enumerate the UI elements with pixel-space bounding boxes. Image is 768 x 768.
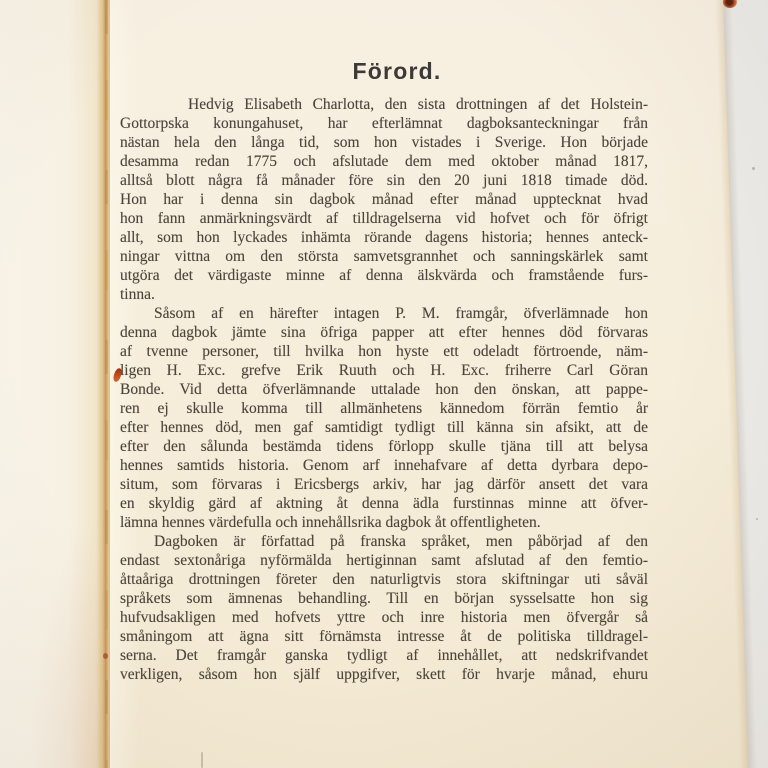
text-line: af tvenne personer, till hvilka hon hyst… <box>120 342 648 361</box>
text-line: Såsom af en härefter intagen P. M. framg… <box>120 304 648 323</box>
text-line: ren ej skulle komma till allmänhetens kä… <box>120 399 648 418</box>
text-line: Gottorpska konungahuset, har efterlämnat… <box>120 114 648 133</box>
text-line: småningom att ägna sitt förnämsta intres… <box>120 627 648 646</box>
text-line: efter den sålunda bestämda tidens förlop… <box>120 437 648 456</box>
text-line: ningar vittna om den största samvetsgran… <box>120 247 648 266</box>
text-line: utgöra det värdigaste minne af denna äls… <box>120 266 648 285</box>
text-line: hon fann anmärkningsvärdt af tilldragels… <box>120 209 648 228</box>
preface-heading: Förord. <box>134 56 660 86</box>
text-line: Hon har i denna sin dagbok månad efter m… <box>120 190 648 209</box>
paragraph: Hedvig Elisabeth Charlotta, den sista dr… <box>120 95 648 304</box>
text-line: serna. Det framgår ganska tydligt af inn… <box>120 646 648 665</box>
underpage-edge-line <box>201 752 203 768</box>
text-line: språkets som ämnenas behandling. Till en… <box>120 589 648 608</box>
text-line: efter hennes död, men gaf samtidigt tydl… <box>120 418 648 437</box>
text-line: denna dagbok jämte sina öfriga papper at… <box>120 323 648 342</box>
text-line: situm, som förvaras i Ericsbergs arkiv, … <box>120 475 648 494</box>
text-line: Dagboken är författad på franska språket… <box>120 532 648 551</box>
text-line: endast sextonåriga nyförmälda hertiginna… <box>120 551 648 570</box>
text-line: Bonde. Vid detta öfverlämnande uttalade … <box>120 380 648 399</box>
text-line: åttaåriga drottningen företer den naturl… <box>120 570 648 589</box>
text-line: Hedvig Elisabeth Charlotta, den sista dr… <box>120 95 648 114</box>
text-line: ligen H. Exc. grefve Erik Ruuth och H. E… <box>120 361 648 380</box>
text-line: hufvudsakligen med hofvets yttre och inr… <box>120 608 648 627</box>
facing-page <box>0 0 110 768</box>
book-page: Förord. Hedvig Elisabeth Charlotta, den … <box>110 0 748 768</box>
text-line: tinna. <box>120 285 648 304</box>
text-line: allt, som hon lyckades inhämta rörande d… <box>120 228 648 247</box>
dust-speck <box>756 518 758 520</box>
photo-backdrop: Förord. Hedvig Elisabeth Charlotta, den … <box>0 0 768 768</box>
paragraph: Dagboken är författad på franska språket… <box>120 532 648 684</box>
preface-text: Hedvig Elisabeth Charlotta, den sista dr… <box>120 95 648 684</box>
red-ink-speck <box>723 0 737 8</box>
red-ink-speck <box>103 653 108 659</box>
text-line: desamma redan 1775 och afslutade dem med… <box>120 152 648 171</box>
text-line: hennes samtids historia. Genom arf inneh… <box>120 456 648 475</box>
text-line: en skyldig gärd af aktning åt denna ädla… <box>120 494 648 513</box>
text-line: verkligen, såsom hon själf uppgifver, sk… <box>120 665 648 684</box>
text-line: lämna hennes värdefulla och innehållsrik… <box>120 513 648 532</box>
book-spread-photo: { "document": { "heading": "Förord.", "p… <box>0 0 768 768</box>
dust-speck <box>752 167 755 170</box>
text-line: nästan hela den långa tid, som hon vista… <box>120 133 648 152</box>
paragraph: Såsom af en härefter intagen P. M. framg… <box>120 304 648 532</box>
text-line: alltså blott några få månader före sin d… <box>120 171 648 190</box>
